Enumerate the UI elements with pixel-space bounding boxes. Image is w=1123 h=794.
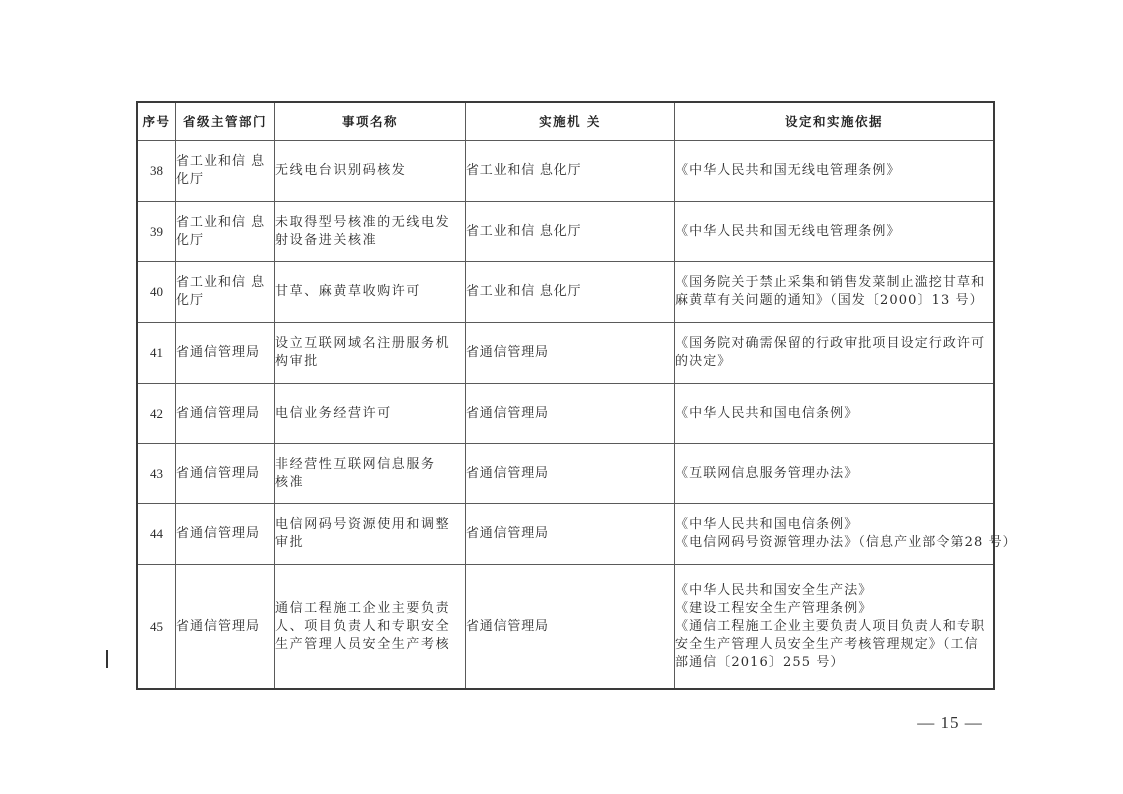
cell-agency-line: 省通信管理局 xyxy=(466,405,674,423)
header-no: 序号 xyxy=(137,102,176,141)
header-item: 事项名称 xyxy=(275,102,466,141)
cell-basis-line: 《电信网码号资源管理办法》（信息产业部令第28 号） xyxy=(675,534,993,552)
cell-basis: 《互联网信息服务管理办法》 xyxy=(675,444,995,504)
table-row: 38省工业和信 息化厅无线电台识别码核发省工业和信 息化厅《中华人民共和国无线电… xyxy=(137,141,994,202)
cell-agency: 省通信管理局 xyxy=(466,323,675,384)
cell-item-line: 未取得型号核准的无线电发 xyxy=(275,214,465,232)
cell-agency-line: 省工业和信 息化厅 xyxy=(466,223,674,241)
cell-dept-line: 省通信管理局 xyxy=(176,618,274,636)
cell-no: 45 xyxy=(137,565,176,690)
cell-basis-line: 安全生产管理人员安全生产考核管理规定》（工信 xyxy=(675,636,993,654)
margin-mark xyxy=(106,650,108,668)
cell-item-line: 生产管理人员安全生产考核 xyxy=(275,636,465,654)
cell-item: 通信工程施工企业主要负责人、项目负责人和专职安全生产管理人员安全生产考核 xyxy=(275,565,466,690)
cell-basis-line: 《中华人民共和国无线电管理条例》 xyxy=(675,162,993,180)
cell-item: 电信业务经营许可 xyxy=(275,384,466,444)
cell-dept-line: 省工业和信 息 xyxy=(176,274,274,292)
cell-item: 设立互联网域名注册服务机构审批 xyxy=(275,323,466,384)
cell-dept-line: 省通信管理局 xyxy=(176,465,274,483)
header-dept: 省级主管部门 xyxy=(176,102,275,141)
cell-agency: 省工业和信 息化厅 xyxy=(466,141,675,202)
cell-item: 非经营性互联网信息服务核准 xyxy=(275,444,466,504)
cell-dept-line: 省通信管理局 xyxy=(176,344,274,362)
cell-basis: 《中华人民共和国电信条例》《电信网码号资源管理办法》（信息产业部令第28 号） xyxy=(675,504,995,565)
cell-dept: 省工业和信 息化厅 xyxy=(176,262,275,323)
cell-agency: 省通信管理局 xyxy=(466,504,675,565)
cell-agency: 省通信管理局 xyxy=(466,565,675,690)
cell-item-line: 无线电台识别码核发 xyxy=(275,162,465,180)
cell-item-line: 电信网码号资源使用和调整 xyxy=(275,516,465,534)
cell-agency: 省通信管理局 xyxy=(466,384,675,444)
table-row: 44省通信管理局电信网码号资源使用和调整审批省通信管理局《中华人民共和国电信条例… xyxy=(137,504,994,565)
document-page: 序号 省级主管部门 事项名称 实施机 关 设定和实施依据 38省工业和信 息化厅… xyxy=(0,0,1123,794)
cell-basis: 《中华人民共和国无线电管理条例》 xyxy=(675,141,995,202)
cell-item-line: 构审批 xyxy=(275,353,465,371)
table-body: 38省工业和信 息化厅无线电台识别码核发省工业和信 息化厅《中华人民共和国无线电… xyxy=(137,141,994,690)
cell-agency-line: 省通信管理局 xyxy=(466,618,674,636)
administrative-items-table: 序号 省级主管部门 事项名称 实施机 关 设定和实施依据 38省工业和信 息化厅… xyxy=(136,101,995,690)
cell-basis-line: 《国务院对确需保留的行政审批项目设定行政许可 xyxy=(675,335,993,353)
cell-dept-line: 化厅 xyxy=(176,232,274,250)
table-row: 45省通信管理局通信工程施工企业主要负责人、项目负责人和专职安全生产管理人员安全… xyxy=(137,565,994,690)
header-agency: 实施机 关 xyxy=(466,102,675,141)
cell-dept-line: 化厅 xyxy=(176,171,274,189)
table-row: 43省通信管理局非经营性互联网信息服务核准省通信管理局《互联网信息服务管理办法》 xyxy=(137,444,994,504)
table-row: 40省工业和信 息化厅甘草、麻黄草收购许可省工业和信 息化厅《国务院关于禁止采集… xyxy=(137,262,994,323)
cell-no: 39 xyxy=(137,202,176,262)
cell-dept: 省通信管理局 xyxy=(176,565,275,690)
table-header-row: 序号 省级主管部门 事项名称 实施机 关 设定和实施依据 xyxy=(137,102,994,141)
page-number: — 15 — xyxy=(912,713,988,733)
cell-dept: 省工业和信 息化厅 xyxy=(176,202,275,262)
cell-basis: 《国务院关于禁止采集和销售发菜制止滥挖甘草和麻黄草有关问题的通知》（国发〔200… xyxy=(675,262,995,323)
cell-agency-line: 省通信管理局 xyxy=(466,465,674,483)
cell-agency: 省工业和信 息化厅 xyxy=(466,202,675,262)
cell-basis-line: 《中华人民共和国无线电管理条例》 xyxy=(675,223,993,241)
header-basis: 设定和实施依据 xyxy=(675,102,995,141)
cell-basis-line: 《互联网信息服务管理办法》 xyxy=(675,465,993,483)
cell-basis-line: 《中华人民共和国电信条例》 xyxy=(675,405,993,423)
cell-dept: 省通信管理局 xyxy=(176,323,275,384)
table-row: 42省通信管理局电信业务经营许可省通信管理局《中华人民共和国电信条例》 xyxy=(137,384,994,444)
cell-basis-line: 的决定》 xyxy=(675,353,993,371)
cell-no: 44 xyxy=(137,504,176,565)
cell-basis-line: 部通信〔2016〕255 号） xyxy=(675,654,993,672)
cell-no: 42 xyxy=(137,384,176,444)
table-row: 39省工业和信 息化厅未取得型号核准的无线电发射设备进关核准省工业和信 息化厅《… xyxy=(137,202,994,262)
cell-basis-line: 《中华人民共和国安全生产法》 xyxy=(675,582,993,600)
cell-dept-line: 省工业和信 息 xyxy=(176,153,274,171)
cell-agency-line: 省通信管理局 xyxy=(466,344,674,362)
cell-basis-line: 《通信工程施工企业主要负责人项目负责人和专职 xyxy=(675,618,993,636)
cell-dept-line: 省工业和信 息 xyxy=(176,214,274,232)
cell-item: 电信网码号资源使用和调整审批 xyxy=(275,504,466,565)
cell-agency: 省工业和信 息化厅 xyxy=(466,262,675,323)
cell-dept: 省通信管理局 xyxy=(176,384,275,444)
cell-agency-line: 省通信管理局 xyxy=(466,525,674,543)
cell-basis: 《中华人民共和国电信条例》 xyxy=(675,384,995,444)
cell-no: 43 xyxy=(137,444,176,504)
cell-no: 38 xyxy=(137,141,176,202)
cell-dept: 省通信管理局 xyxy=(176,444,275,504)
cell-no: 41 xyxy=(137,323,176,384)
cell-item-line: 人、项目负责人和专职安全 xyxy=(275,618,465,636)
cell-agency-line: 省工业和信 息化厅 xyxy=(466,162,674,180)
cell-agency: 省通信管理局 xyxy=(466,444,675,504)
cell-item-line: 设立互联网域名注册服务机 xyxy=(275,335,465,353)
cell-basis-line: 《中华人民共和国电信条例》 xyxy=(675,516,993,534)
cell-basis: 《中华人民共和国无线电管理条例》 xyxy=(675,202,995,262)
cell-dept-line: 省通信管理局 xyxy=(176,525,274,543)
cell-item-line: 射设备进关核准 xyxy=(275,232,465,250)
cell-item: 无线电台识别码核发 xyxy=(275,141,466,202)
cell-no: 40 xyxy=(137,262,176,323)
table-row: 41省通信管理局设立互联网域名注册服务机构审批省通信管理局《国务院对确需保留的行… xyxy=(137,323,994,384)
cell-dept-line: 化厅 xyxy=(176,292,274,310)
cell-item-line: 非经营性互联网信息服务 xyxy=(275,456,465,474)
cell-dept: 省工业和信 息化厅 xyxy=(176,141,275,202)
cell-basis: 《国务院对确需保留的行政审批项目设定行政许可的决定》 xyxy=(675,323,995,384)
cell-basis-line: 麻黄草有关问题的通知》（国发〔2000〕13 号） xyxy=(675,292,993,310)
cell-item-line: 通信工程施工企业主要负责 xyxy=(275,600,465,618)
cell-item: 甘草、麻黄草收购许可 xyxy=(275,262,466,323)
cell-basis-line: 《建设工程安全生产管理条例》 xyxy=(675,600,993,618)
cell-item-line: 电信业务经营许可 xyxy=(275,405,465,423)
cell-basis: 《中华人民共和国安全生产法》《建设工程安全生产管理条例》《通信工程施工企业主要负… xyxy=(675,565,995,690)
cell-basis-line: 《国务院关于禁止采集和销售发菜制止滥挖甘草和 xyxy=(675,274,993,292)
cell-dept: 省通信管理局 xyxy=(176,504,275,565)
cell-dept-line: 省通信管理局 xyxy=(176,405,274,423)
cell-item-line: 审批 xyxy=(275,534,465,552)
cell-agency-line: 省工业和信 息化厅 xyxy=(466,283,674,301)
cell-item: 未取得型号核准的无线电发射设备进关核准 xyxy=(275,202,466,262)
cell-item-line: 甘草、麻黄草收购许可 xyxy=(275,283,465,301)
cell-item-line: 核准 xyxy=(275,474,465,492)
